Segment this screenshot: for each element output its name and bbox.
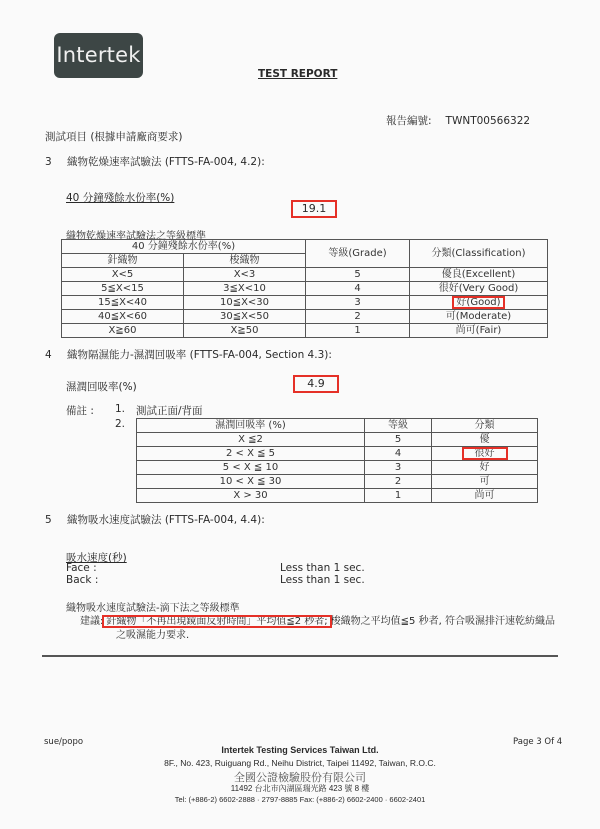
knit-header: 針織物 (62, 254, 184, 268)
rate-value: X > 30 (233, 490, 267, 501)
woven-cell: 3≦X<10 (184, 282, 306, 296)
section-3-heading: 3織物乾燥速率試驗法 (FTTS-FA-004, 4.2): (45, 154, 265, 169)
table-row: X ≦25優 (137, 433, 538, 447)
footer-address-en: 8F., No. 423, Ruiguang Rd., Neihu Distri… (0, 758, 600, 768)
woven-cell: 10≦X<30 (184, 296, 306, 310)
section-title: 織物乾燥速率試驗法 (FTTS-FA-004, 4.2): (67, 156, 265, 168)
grade-cell: 5 (306, 268, 410, 282)
class-value: 尚可(Fair) (456, 325, 502, 336)
table-row: 5≦X<153≦X<104很好(Very Good) (62, 282, 548, 296)
rate-cell: X > 30 (137, 489, 365, 503)
table-row: 40≦X<6030≦X<502可(Moderate) (62, 310, 548, 324)
class-cell: 優 (432, 433, 538, 447)
class-cell: 可 (432, 475, 538, 489)
section-title: 織物吸水速度試驗法 (FTTS-FA-004, 4.4): (67, 514, 265, 526)
grade-value: 1 (354, 325, 360, 336)
knit-value: X<5 (112, 269, 134, 280)
grade-value: 3 (354, 297, 360, 308)
class-cell: 尚可(Fair) (410, 324, 548, 338)
grade-value: 3 (395, 462, 401, 473)
footer-contact: Tel: (+886-2) 6602-2888 · 2797-8885 Fax:… (0, 795, 600, 804)
rewet-rate-table: 濕潤回吸率 (%) 等級 分類 X ≦25優2 < X ≦ 54很好5 < X … (136, 418, 538, 503)
knit-value: 5≦X<15 (101, 283, 144, 294)
drying-rate-table: 40 分鐘殘餘水份率(%) 等級(Grade) 分類(Classificatio… (61, 239, 548, 338)
class-value: 優 (480, 434, 490, 445)
knit-cell: 5≦X<15 (62, 282, 184, 296)
rate-cell: 5 < X ≦ 10 (137, 461, 365, 475)
report-number-label: 報告編號: (386, 115, 432, 127)
section-title: 織物隔濕能力-濕潤回吸率 (FTTS-FA-004, Section 4.3): (67, 349, 332, 361)
rewet-rate-value: 4.9 (293, 375, 339, 393)
table-row: X<5X<35優良(Excellent) (62, 268, 548, 282)
remark-1-number: 1. (115, 403, 125, 415)
knit-value: 15≦X<40 (98, 297, 147, 308)
suggestion-line: 建議:針織物「不再出現鏡面反射時間」平均值≦2 秒者;梭織物之平均值≦5 秒者,… (80, 612, 555, 627)
suggestion-line-2: 之吸濕能力要求. (116, 626, 189, 641)
remark-1-text: 測試正面/背面 (136, 403, 203, 418)
knit-value: 40≦X<60 (98, 311, 147, 322)
intertek-logo: Intertek (54, 33, 143, 78)
class-cell: 優良(Excellent) (410, 268, 548, 282)
grade-value: 1 (395, 490, 401, 501)
residual-moisture-label: 40 分鐘殘餘水份率(%) (66, 190, 174, 205)
class-cell: 很好 (432, 447, 538, 461)
class-value: 可 (480, 476, 490, 487)
grade-cell: 3 (306, 296, 410, 310)
grade-cell: 5 (365, 433, 432, 447)
class-cell: 尚可 (432, 489, 538, 503)
back-value: Less than 1 sec. (280, 574, 365, 586)
knit-cell: 15≦X<40 (62, 296, 184, 310)
suggestion-label: 建議: (80, 616, 103, 627)
knit-value: X≧60 (109, 325, 137, 336)
woven-value: 10≦X<30 (220, 297, 269, 308)
footer-company: Intertek Testing Services Taiwan Ltd. (0, 745, 600, 755)
class-value: 優良(Excellent) (442, 269, 515, 280)
rate-header: 濕潤回吸率 (%) (137, 419, 365, 433)
table-row: 2 < X ≦ 54很好 (137, 447, 538, 461)
section-4-heading: 4織物隔濕能力-濕潤回吸率 (FTTS-FA-004, Section 4.3)… (45, 347, 332, 362)
back-label: Back : (66, 574, 98, 586)
class-header: 分類(Classification) (410, 240, 548, 268)
woven-value: X≧50 (231, 325, 259, 336)
grade-value: 4 (395, 448, 401, 459)
residual-moisture-value: 19.1 (291, 200, 337, 218)
rate-cell: 10 < X ≦ 30 (137, 475, 365, 489)
rate-value: 10 < X ≦ 30 (220, 476, 282, 487)
grade-cell: 2 (365, 475, 432, 489)
remark-2-number: 2. (115, 418, 125, 430)
table-row: 5 < X ≦ 103好 (137, 461, 538, 475)
knit-cell: X≧60 (62, 324, 184, 338)
class-value: 可(Moderate) (446, 311, 511, 322)
woven-value: 30≦X<50 (220, 311, 269, 322)
knit-cell: X<5 (62, 268, 184, 282)
grade-value: 5 (395, 434, 401, 445)
class-cell: 好(Good) (410, 296, 548, 310)
woven-cell: 30≦X<50 (184, 310, 306, 324)
report-number: 報告編號:TWNT00566322 (386, 113, 530, 128)
rate-cell: X ≦2 (137, 433, 365, 447)
report-number-value: TWNT00566322 (446, 115, 531, 127)
remark-label: 備註 : (66, 403, 94, 418)
class-cell: 很好(Very Good) (410, 282, 548, 296)
grade-value: 2 (395, 476, 401, 487)
grade-header: 等級 (365, 419, 432, 433)
grade-value: 5 (354, 269, 360, 280)
class-value: 很好 (463, 448, 507, 459)
grade-cell: 4 (306, 282, 410, 296)
woven-header: 梭織物 (184, 254, 306, 268)
woven-cell: X≧50 (184, 324, 306, 338)
page-title: TEST REPORT (258, 68, 337, 80)
rate-value: 2 < X ≦ 5 (226, 448, 275, 459)
divider (42, 655, 558, 657)
rate-value: X ≦2 (238, 434, 263, 445)
table-row: X≧60X≧501尚可(Fair) (62, 324, 548, 338)
face-label: Face : (66, 562, 97, 574)
class-value: 好 (480, 462, 490, 473)
section-number: 3 (45, 156, 67, 168)
grade-cell: 4 (365, 447, 432, 461)
section-5-heading: 5織物吸水速度試驗法 (FTTS-FA-004, 4.4): (45, 512, 265, 527)
grade-cell: 3 (365, 461, 432, 475)
footer-address-zh: 11492 台北市內湖區瑞光路 423 號 8 樓 (0, 783, 600, 794)
table-row: 15≦X<4010≦X<303好(Good) (62, 296, 548, 310)
class-cell: 好 (432, 461, 538, 475)
woven-value: 3≦X<10 (223, 283, 266, 294)
grade-cell: 2 (306, 310, 410, 324)
suggestion-rest: 梭織物之平均值≦5 秒者, 符合吸濕排汗速乾紡織品 (331, 616, 555, 627)
rate-value: 5 < X ≦ 10 (223, 462, 278, 473)
table-row: 10 < X ≦ 302可 (137, 475, 538, 489)
woven-cell: X<3 (184, 268, 306, 282)
class-cell: 可(Moderate) (410, 310, 548, 324)
grade-cell: 1 (306, 324, 410, 338)
grade-value: 2 (354, 311, 360, 322)
grade-cell: 1 (365, 489, 432, 503)
rate-cell: 2 < X ≦ 5 (137, 447, 365, 461)
woven-value: X<3 (234, 269, 256, 280)
grade-value: 4 (354, 283, 360, 294)
knit-cell: 40≦X<60 (62, 310, 184, 324)
grade-header: 等級(Grade) (306, 240, 410, 268)
class-value: 尚可 (475, 490, 495, 501)
table-row: X > 301尚可 (137, 489, 538, 503)
face-value: Less than 1 sec. (280, 562, 365, 574)
class-value: 好(Good) (453, 297, 503, 308)
rewet-rate-label: 濕潤回吸率(%) (66, 379, 137, 394)
test-items-subtitle: 測試項目 (根據申請廠商要求) (45, 129, 183, 144)
section-number: 5 (45, 514, 67, 526)
section-number: 4 (45, 349, 67, 361)
class-header: 分類 (432, 419, 538, 433)
group-header: 40 分鐘殘餘水份率(%) (62, 240, 306, 254)
class-value: 很好(Very Good) (439, 283, 519, 294)
